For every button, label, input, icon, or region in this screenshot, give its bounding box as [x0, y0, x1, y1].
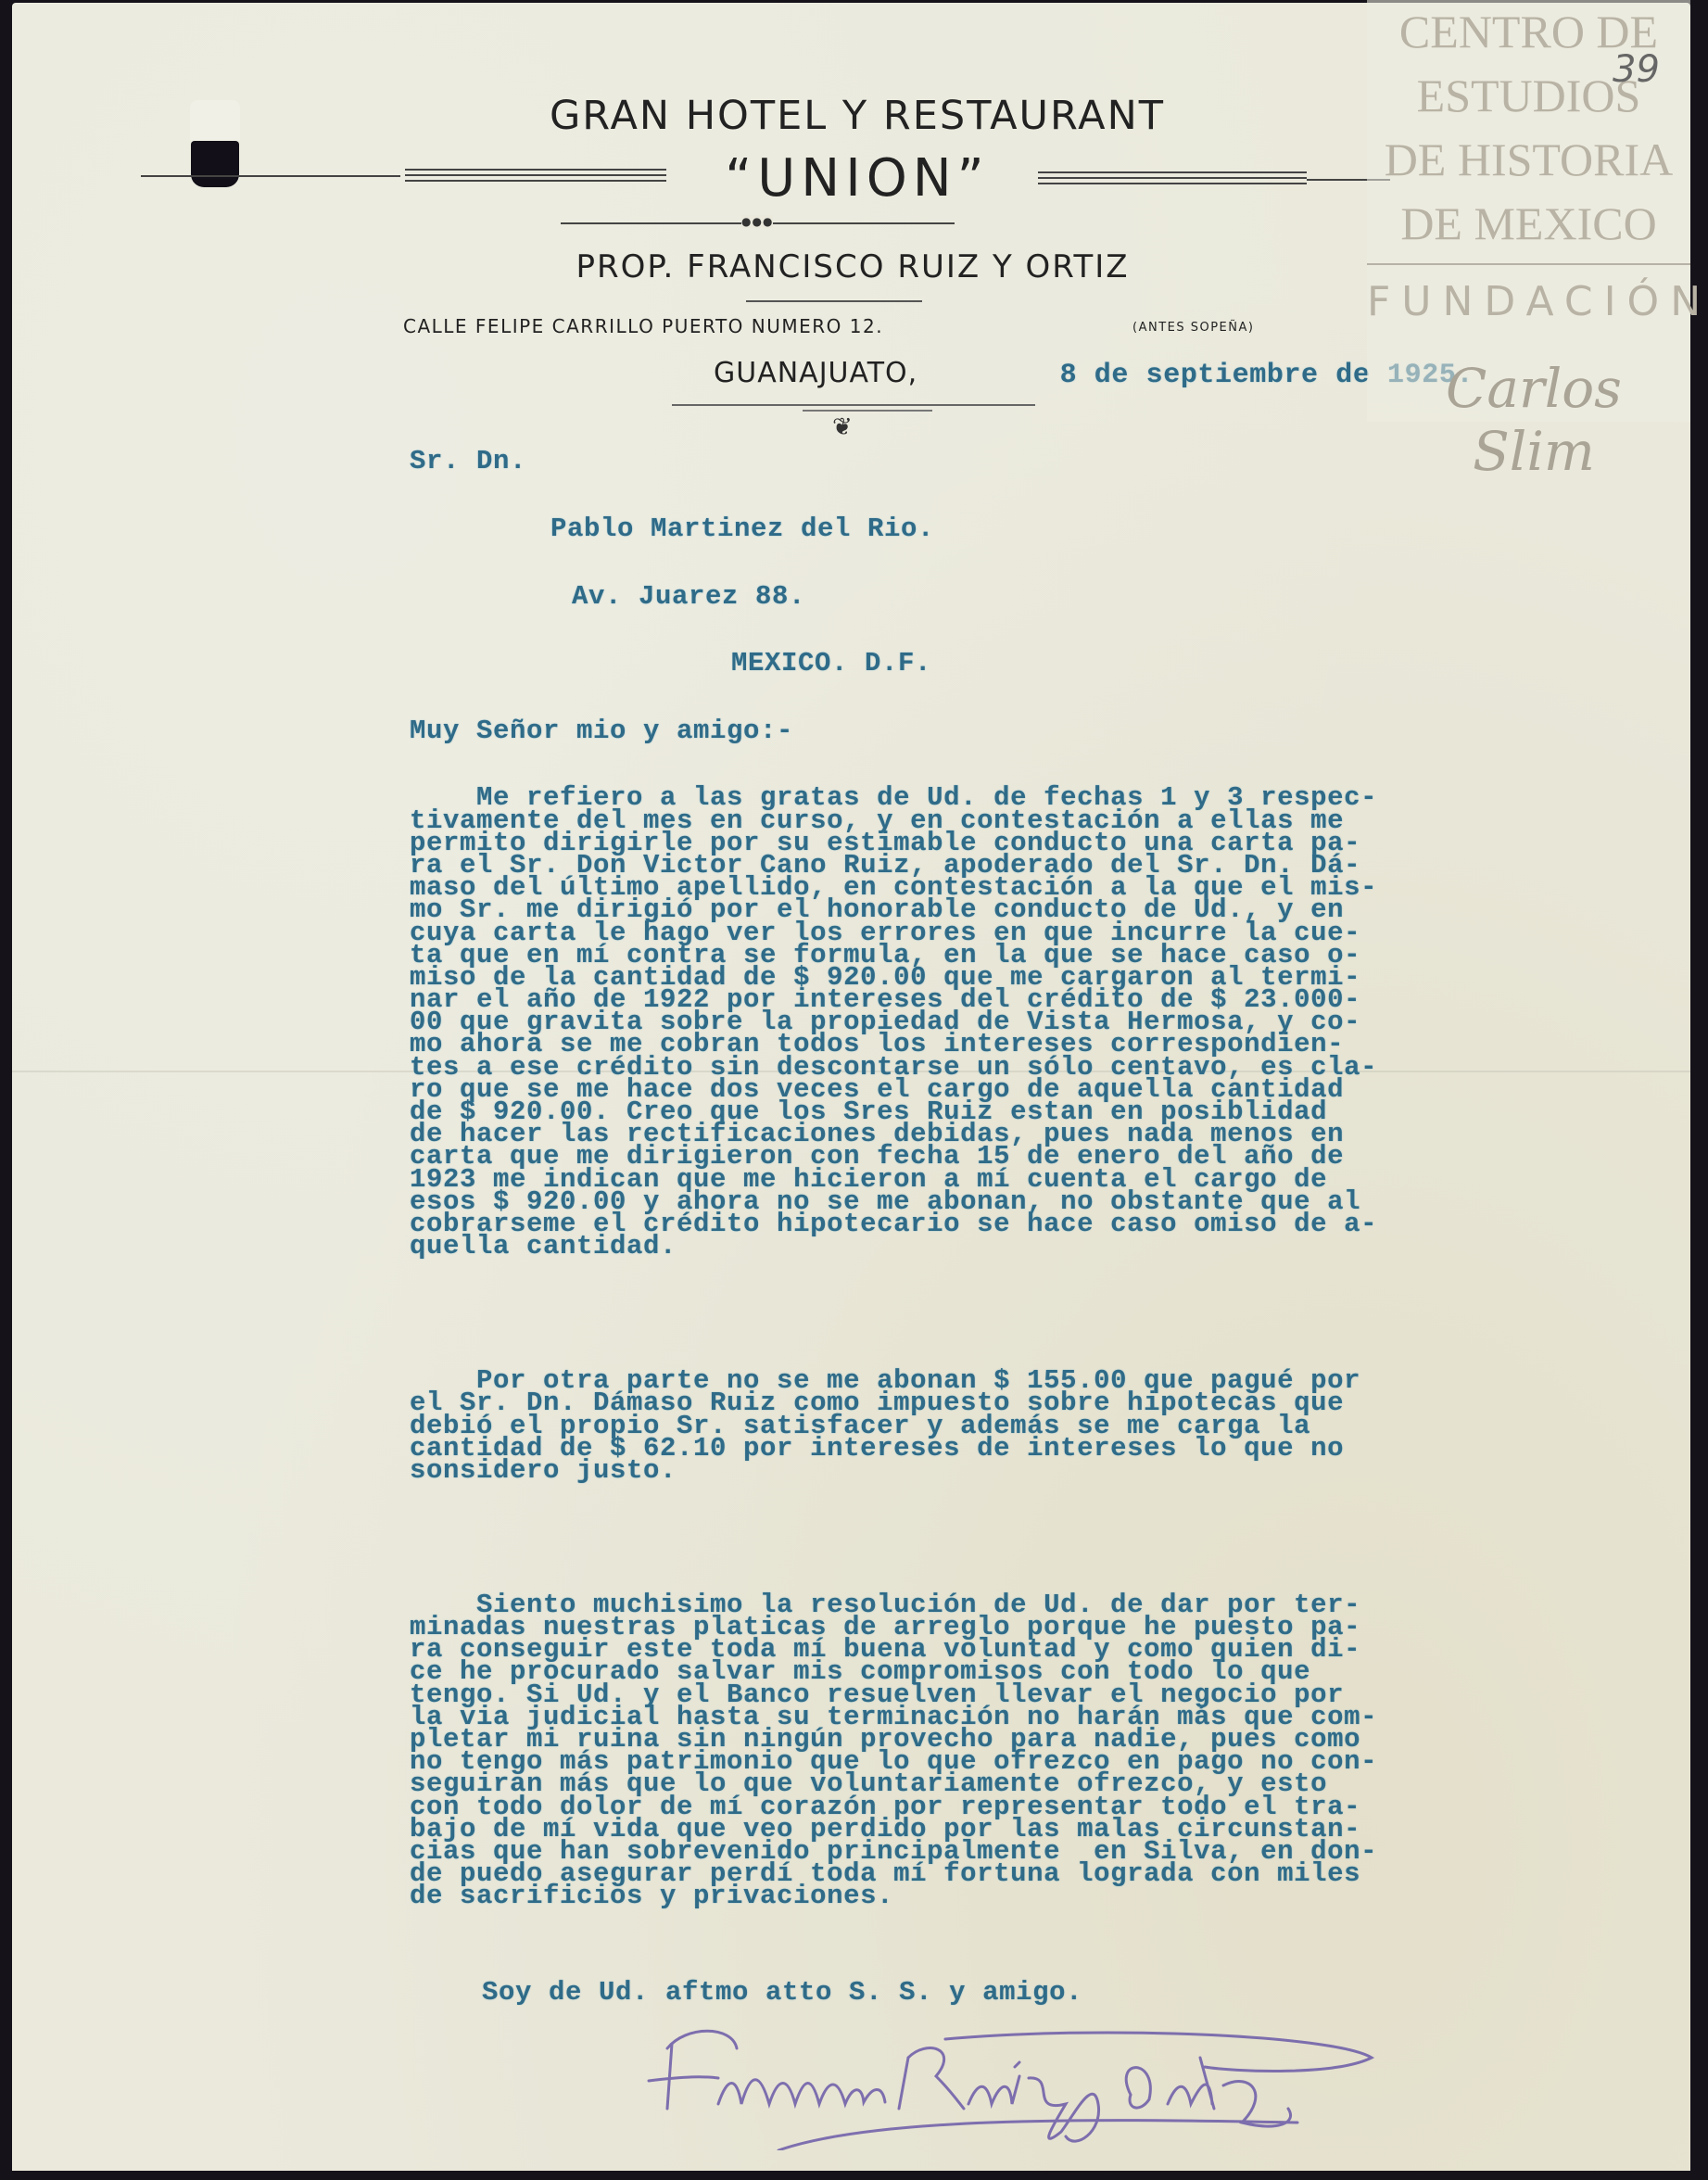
paragraph-2: Por otra parte no se me abonan $ 155.00 … — [410, 1370, 1377, 1482]
letter-city: GUANAJUATO, — [714, 357, 917, 389]
archive-name: CENTRO DEESTUDIOSDE HISTORIADE MEXICO — [1367, 0, 1690, 256]
hotel-union-title: “UNION” — [649, 148, 1066, 209]
punch-hole — [191, 141, 239, 187]
proprietor-underline — [746, 300, 922, 302]
letterhead-rule-right — [1038, 171, 1307, 186]
stamp-line: DE MEXICO — [1367, 192, 1690, 256]
greeting: Muy Señor mio y amigo:- — [410, 720, 1377, 742]
proprietor-name: FRANCISCO RUIZ Y ORTIZ — [687, 248, 1129, 285]
paragraph-gap — [410, 1303, 1377, 1325]
recipient-name: Pablo Martinez del Rio. — [410, 518, 1377, 540]
closing-line: Soy de Ud. aftmo atto S. S. y amigo. — [482, 1982, 1082, 2004]
torn-paper-mark — [190, 100, 240, 141]
letter-body: Sr. Dn. Pablo Martinez del Rio. Av. Juar… — [410, 406, 1377, 1931]
folio-number: 39 — [1613, 48, 1660, 91]
letterhead-rule-left — [405, 169, 666, 184]
hotel-address: CALLE FELIPE CARRILLO PUERTO NUMERO 12. — [403, 315, 1033, 337]
proprietor-line: PROP. FRANCISCO RUIZ Y ORTIZ — [417, 248, 1288, 285]
stamp-foundation: FUNDACIÓN — [1367, 278, 1690, 325]
former-street-name: (ANTES SOPEÑA) — [1132, 321, 1309, 335]
stamp-line: DE HISTORIA — [1367, 128, 1690, 192]
stamp-signature: Carlos Slim — [1385, 357, 1682, 483]
paragraph-3: Siento muchisimo la resolución de Ud. de… — [410, 1594, 1377, 1908]
proprietor-prefix: PROP. — [576, 248, 675, 285]
recipient-city: MEXICO. D.F. — [410, 653, 1377, 675]
letterhead-rule-left-long — [141, 175, 400, 177]
handwritten-signature — [630, 2021, 1390, 2150]
stamp-divider — [1367, 263, 1690, 265]
ornament-dots-icon: ●●● — [741, 215, 773, 228]
hotel-name: GRAN HOTEL Y RESTAURANT — [371, 93, 1344, 139]
salutation-prefix: Sr. Dn. — [410, 450, 1377, 473]
paragraph-1: Me refiero a las gratas de Ud. de fechas… — [410, 787, 1377, 1258]
paragraph-gap — [410, 1527, 1377, 1549]
recipient-street: Av. Juarez 88. — [410, 586, 1377, 608]
